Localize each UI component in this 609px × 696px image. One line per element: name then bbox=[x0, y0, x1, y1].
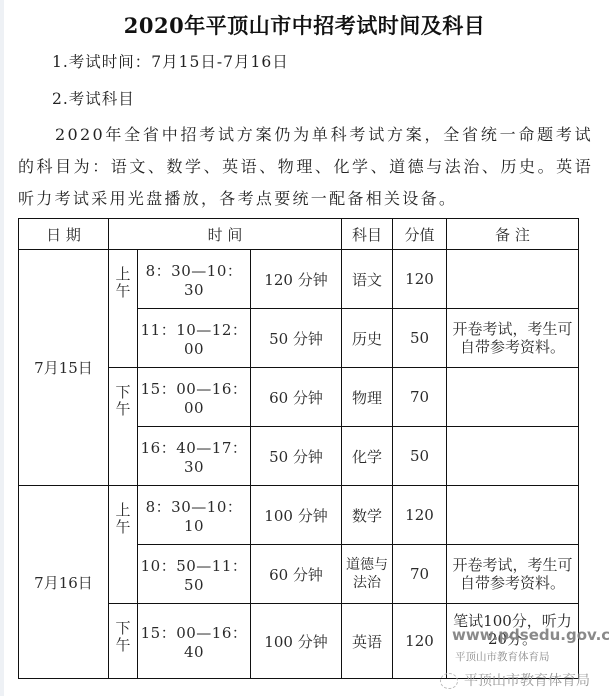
time-cell: 8：30—10：30 bbox=[138, 250, 251, 309]
pm-label: 下午 bbox=[109, 368, 138, 486]
note-cell bbox=[447, 486, 579, 545]
score-cell: 50 bbox=[393, 427, 447, 486]
duration-cell: 60 分钟 bbox=[251, 368, 342, 427]
exam-time-item: 1.考试时间：7月15日-7月16日 bbox=[52, 50, 289, 72]
duration-cell: 50 分钟 bbox=[251, 427, 342, 486]
note-cell bbox=[447, 250, 579, 309]
score-cell: 70 bbox=[393, 545, 447, 604]
pm-label: 下午 bbox=[109, 604, 138, 679]
score-cell: 120 bbox=[393, 250, 447, 309]
note-cell bbox=[447, 427, 579, 486]
wechat-icon bbox=[440, 673, 458, 689]
table-row: 7月15日 上午 8：30—10：30 120 分钟 语文 120 bbox=[19, 250, 579, 309]
time-cell: 16：40—17：30 bbox=[138, 427, 251, 486]
date-cell: 7月16日 bbox=[19, 486, 109, 679]
duration-cell: 60 分钟 bbox=[251, 545, 342, 604]
score-cell: 120 bbox=[393, 486, 447, 545]
page-title: 2020年平顶山市中招考试时间及科目 bbox=[0, 10, 609, 40]
header-score: 分值 bbox=[393, 219, 447, 250]
note-cell: 开卷考试，考生可自带参考资料。 bbox=[447, 309, 579, 368]
subject-cell: 化学 bbox=[342, 427, 393, 486]
watermark-url: www.pdsedu.gov.cn bbox=[452, 626, 609, 644]
note-cell bbox=[447, 368, 579, 427]
watermark-org: 平顶山市教育体育局 bbox=[455, 649, 550, 664]
description-paragraph: 2020年全省中招考试方案仍为单科考试方案，全省统一命题考试的科目为：语文、数学… bbox=[18, 119, 593, 215]
header-time: 时 间 bbox=[109, 219, 342, 250]
subject-cell: 历史 bbox=[342, 309, 393, 368]
schedule-table: 日 期 时 间 科目 分值 备 注 7月15日 上午 8：30—10：30 12… bbox=[18, 218, 579, 679]
am-label: 上午 bbox=[109, 486, 138, 604]
wechat-account: 平顶山市教育体育局 bbox=[440, 670, 590, 690]
time-cell: 8：30—10：10 bbox=[138, 486, 251, 545]
time-cell: 15：00—16：00 bbox=[138, 368, 251, 427]
wechat-account-name: 平顶山市教育体育局 bbox=[464, 673, 590, 689]
subject-cell: 英语 bbox=[342, 604, 393, 679]
score-cell: 50 bbox=[393, 309, 447, 368]
score-cell: 70 bbox=[393, 368, 447, 427]
header-note: 备 注 bbox=[447, 219, 579, 250]
table-row: 7月16日 上午 8：30—10：10 100 分钟 数学 120 bbox=[19, 486, 579, 545]
time-cell: 15：00—16：40 bbox=[138, 604, 251, 679]
page-edge bbox=[0, 0, 4, 696]
header-date: 日 期 bbox=[19, 219, 109, 250]
date-cell: 7月15日 bbox=[19, 250, 109, 486]
subject-cell: 物理 bbox=[342, 368, 393, 427]
time-cell: 11：10—12：00 bbox=[138, 309, 251, 368]
time-cell: 10：50—11：50 bbox=[138, 545, 251, 604]
table-header-row: 日 期 时 间 科目 分值 备 注 bbox=[19, 219, 579, 250]
score-cell: 120 bbox=[393, 604, 447, 679]
am-label: 上午 bbox=[109, 250, 138, 368]
exam-subjects-item: 2.考试科目 bbox=[52, 87, 135, 109]
subject-cell: 道德与法治 bbox=[342, 545, 393, 604]
duration-cell: 120 分钟 bbox=[251, 250, 342, 309]
subject-cell: 数学 bbox=[342, 486, 393, 545]
note-cell: 开卷考试，考生可自带参考资料。 bbox=[447, 545, 579, 604]
duration-cell: 100 分钟 bbox=[251, 604, 342, 679]
duration-cell: 100 分钟 bbox=[251, 486, 342, 545]
duration-cell: 50 分钟 bbox=[251, 309, 342, 368]
header-subject: 科目 bbox=[342, 219, 393, 250]
subject-cell: 语文 bbox=[342, 250, 393, 309]
